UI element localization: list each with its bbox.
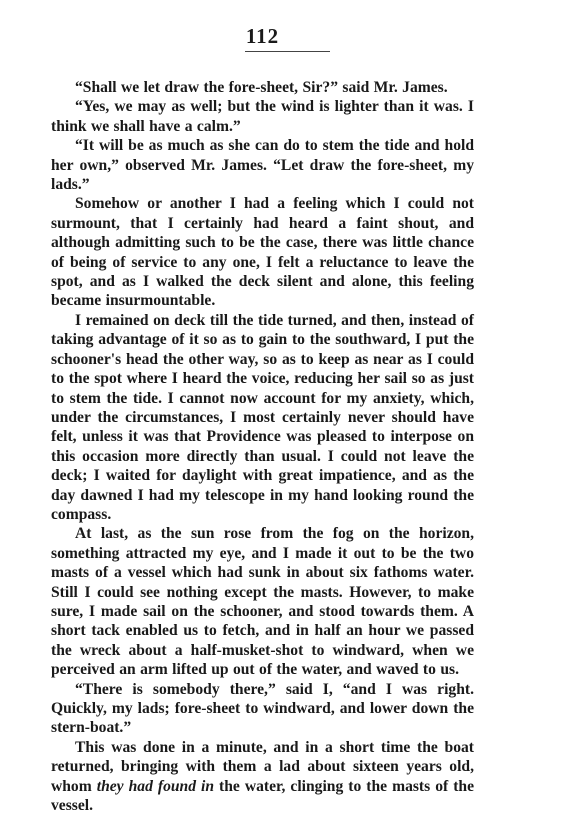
italic-text: they had found in	[97, 778, 214, 795]
paragraph: This was done in a minute, and in a shor…	[51, 738, 474, 816]
paragraph: I remained on deck till the tide turned,…	[51, 311, 474, 524]
paragraph: “There is somebody there,” said I, “and …	[51, 680, 474, 738]
paragraph: “Shall we let draw the fore-sheet, Sir?”…	[51, 78, 474, 97]
paragraph: Somehow or another I had a feeling which…	[51, 194, 474, 310]
paragraph: “It will be as much as she can do to ste…	[51, 136, 474, 194]
page-number: 112	[0, 24, 525, 49]
body-text: “Shall we let draw the fore-sheet, Sir?”…	[51, 78, 474, 815]
paragraph: At last, as the sun rose from the fog on…	[51, 524, 474, 679]
paragraph: “Yes, we may as well; but the wind is li…	[51, 97, 474, 136]
header-rule	[245, 51, 330, 52]
